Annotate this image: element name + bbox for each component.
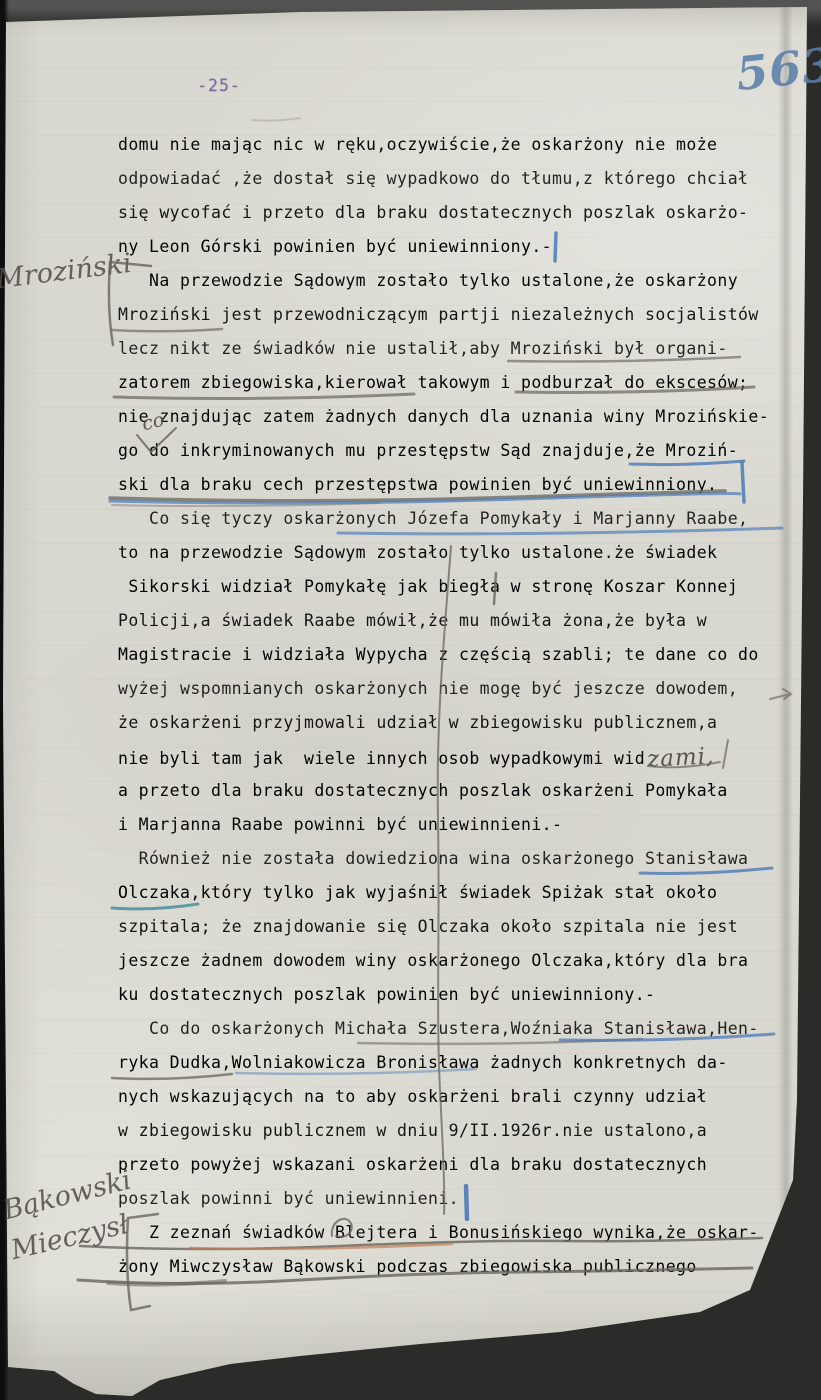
typed-line: to na przewodzie Sądowym zostało tylko u…: [118, 536, 820, 570]
handwritten-correction: zami,: [646, 739, 715, 776]
typed-line: ny Leon Górski powinien być uniewinniony…: [118, 230, 820, 264]
typed-line: Również nie została dowiedziona wina osk…: [118, 842, 820, 876]
typed-line: wyżej wspomnianych oskarżonych nie mogę …: [118, 672, 820, 706]
typed-line: Na przewodzie Sądowym zostało tylko usta…: [118, 264, 820, 298]
typed-line: w zbiegowisku publicznem w dniu 9/II.192…: [118, 1114, 820, 1148]
typed-line: Mroziński jest przewodniczącym partji ni…: [118, 298, 820, 332]
typed-line: że oskarżeni przyjmowali udział w zbiego…: [118, 706, 820, 740]
typed-line: odpowiadać ,że dostał się wypadkowo do t…: [118, 162, 820, 196]
typed-line: nie byli tam jak wiele innych osob wypad…: [118, 740, 820, 774]
typed-line: jeszcze żadnem dowodem winy oskarżonego …: [118, 944, 820, 978]
typed-line: nie znajdując zatem żadnych danych dla u…: [118, 400, 820, 434]
typed-line: zatorem zbiegowiska,kierował takowym i p…: [118, 366, 820, 400]
typed-line: ku dostatecznych poszlak powinien być un…: [118, 978, 820, 1012]
typed-line: Z zeznań świadków Blejtera i Bonusińskie…: [118, 1216, 820, 1250]
typed-line: przeto powyżej wskazani oskarżeni dla br…: [118, 1148, 820, 1182]
page-number: -25-: [197, 76, 241, 95]
scanned-document: -25- 563 domu nie mając nic w ręku,oczyw…: [0, 0, 821, 1400]
typed-line: ski dla braku cech przestępstwa powinien…: [118, 468, 820, 502]
typed-line: Co do oskarżonych Michała Szustera,Woźni…: [118, 1012, 820, 1046]
typed-line: się wycofać i przeto dla braku dostatecz…: [118, 196, 820, 230]
typed-line: poszlak powinni być uniewinnieni.: [118, 1182, 820, 1216]
folio-number-handwritten: 563: [733, 37, 821, 101]
typed-line: żony Miwczysław Bąkowski podczas zbiegow…: [118, 1250, 820, 1284]
typed-body: domu nie mając nic w ręku,oczywiście,że …: [118, 128, 820, 1284]
typed-line: domu nie mając nic w ręku,oczywiście,że …: [118, 128, 820, 162]
typed-line: Magistracie i widziała Wypycha z częścią…: [118, 638, 820, 672]
typed-line: Olczaka,który tylko jak wyjaśnił świadek…: [118, 876, 820, 910]
typed-line: i Marjanna Raabe powinni być uniewinnien…: [118, 808, 820, 842]
typed-line: Sikorski widział Pomykałę jak biegła w s…: [118, 570, 820, 604]
typed-line: Policji,a świadek Raabe mówił,że mu mówi…: [118, 604, 820, 638]
typed-line: go do inkryminowanych mu przestępstw Sąd…: [118, 434, 820, 468]
typed-line: a przeto dla braku dostatecznych poszlak…: [118, 774, 820, 808]
typed-line: nych wskazujących na to aby oskarżeni br…: [118, 1080, 820, 1114]
typed-line: szpitala; że znajdowanie się Olczaka oko…: [118, 910, 820, 944]
typed-line: ryka Dudka,Wolniakowicza Bronisława żadn…: [118, 1046, 820, 1080]
typed-line: lecz nikt ze świadków nie ustalił,aby Mr…: [118, 332, 820, 366]
typed-line: Co się tyczy oskarżonych Józefa Pomykały…: [118, 502, 820, 536]
